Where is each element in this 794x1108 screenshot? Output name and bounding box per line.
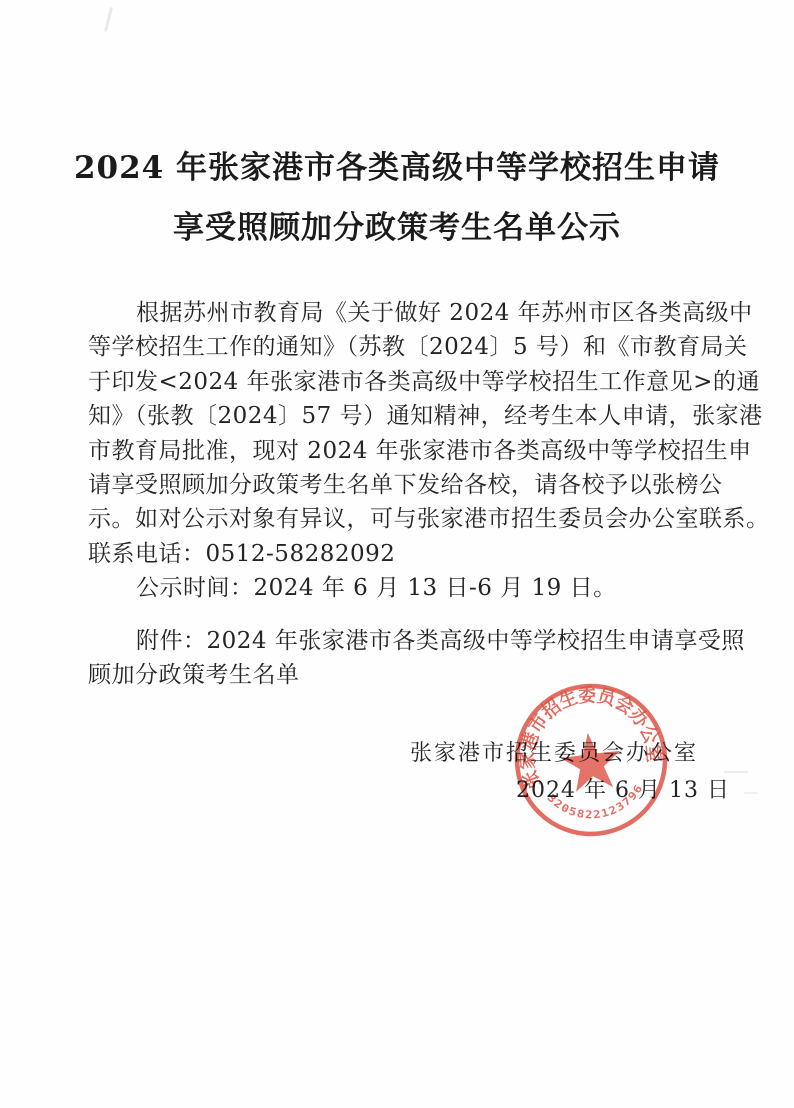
official-seal: 张家港市招生委员会办公室 3205822123796: [502, 671, 680, 849]
scan-artifact: [744, 792, 758, 794]
page-title: 2024 年张家港市各类高级中等学校招生申请 享受照顾加分政策考生名单公示: [0, 138, 794, 258]
document-body: 根据苏州市教育局《关于做好 2024 年苏州市区各类高级中 等学校招生工作的通知…: [88, 296, 712, 692]
announcement-document-page: 2024 年张家港市各类高级中等学校招生申请 享受照顾加分政策考生名单公示 根据…: [0, 0, 794, 1108]
body-line: 根据苏州市教育局《关于做好 2024 年苏州市区各类高级中: [88, 296, 712, 330]
scan-artifact: [104, 7, 113, 32]
body-line: 请享受照顾加分政策考生名单下发给各校，请各校予以张榜公: [88, 468, 712, 502]
body-line: 市教育局批准，现对 2024 年张家港市各类高级中等学校招生申: [88, 434, 712, 468]
star-icon: [558, 729, 624, 793]
body-line: 示。如对公示对象有异议，可与张家港市招生委员会办公室联系。: [88, 502, 712, 536]
public-period-line: 公示时间：2024 年 6 月 13 日-6 月 19 日。: [88, 571, 712, 605]
body-line: 于印发<2024 年张家港市各类高级中等学校招生工作意见>的通: [88, 365, 712, 399]
title-line-1: 2024 年张家港市各类高级中等学校招生申请: [0, 138, 794, 198]
contact-phone-line: 联系电话：0512-58282092: [88, 537, 712, 571]
attachment-line: 附件：2024 年张家港市各类高级中等学校招生申请享受照: [88, 624, 712, 658]
scan-artifact: [724, 771, 748, 773]
title-line-2: 享受照顾加分政策考生名单公示: [0, 198, 794, 258]
body-line: 知》（张教〔2024〕57 号）通知精神，经考生本人申请，张家港: [88, 399, 712, 433]
body-line: 等学校招生工作的通知》（苏教〔2024〕5 号）和《市教育局关: [88, 330, 712, 364]
